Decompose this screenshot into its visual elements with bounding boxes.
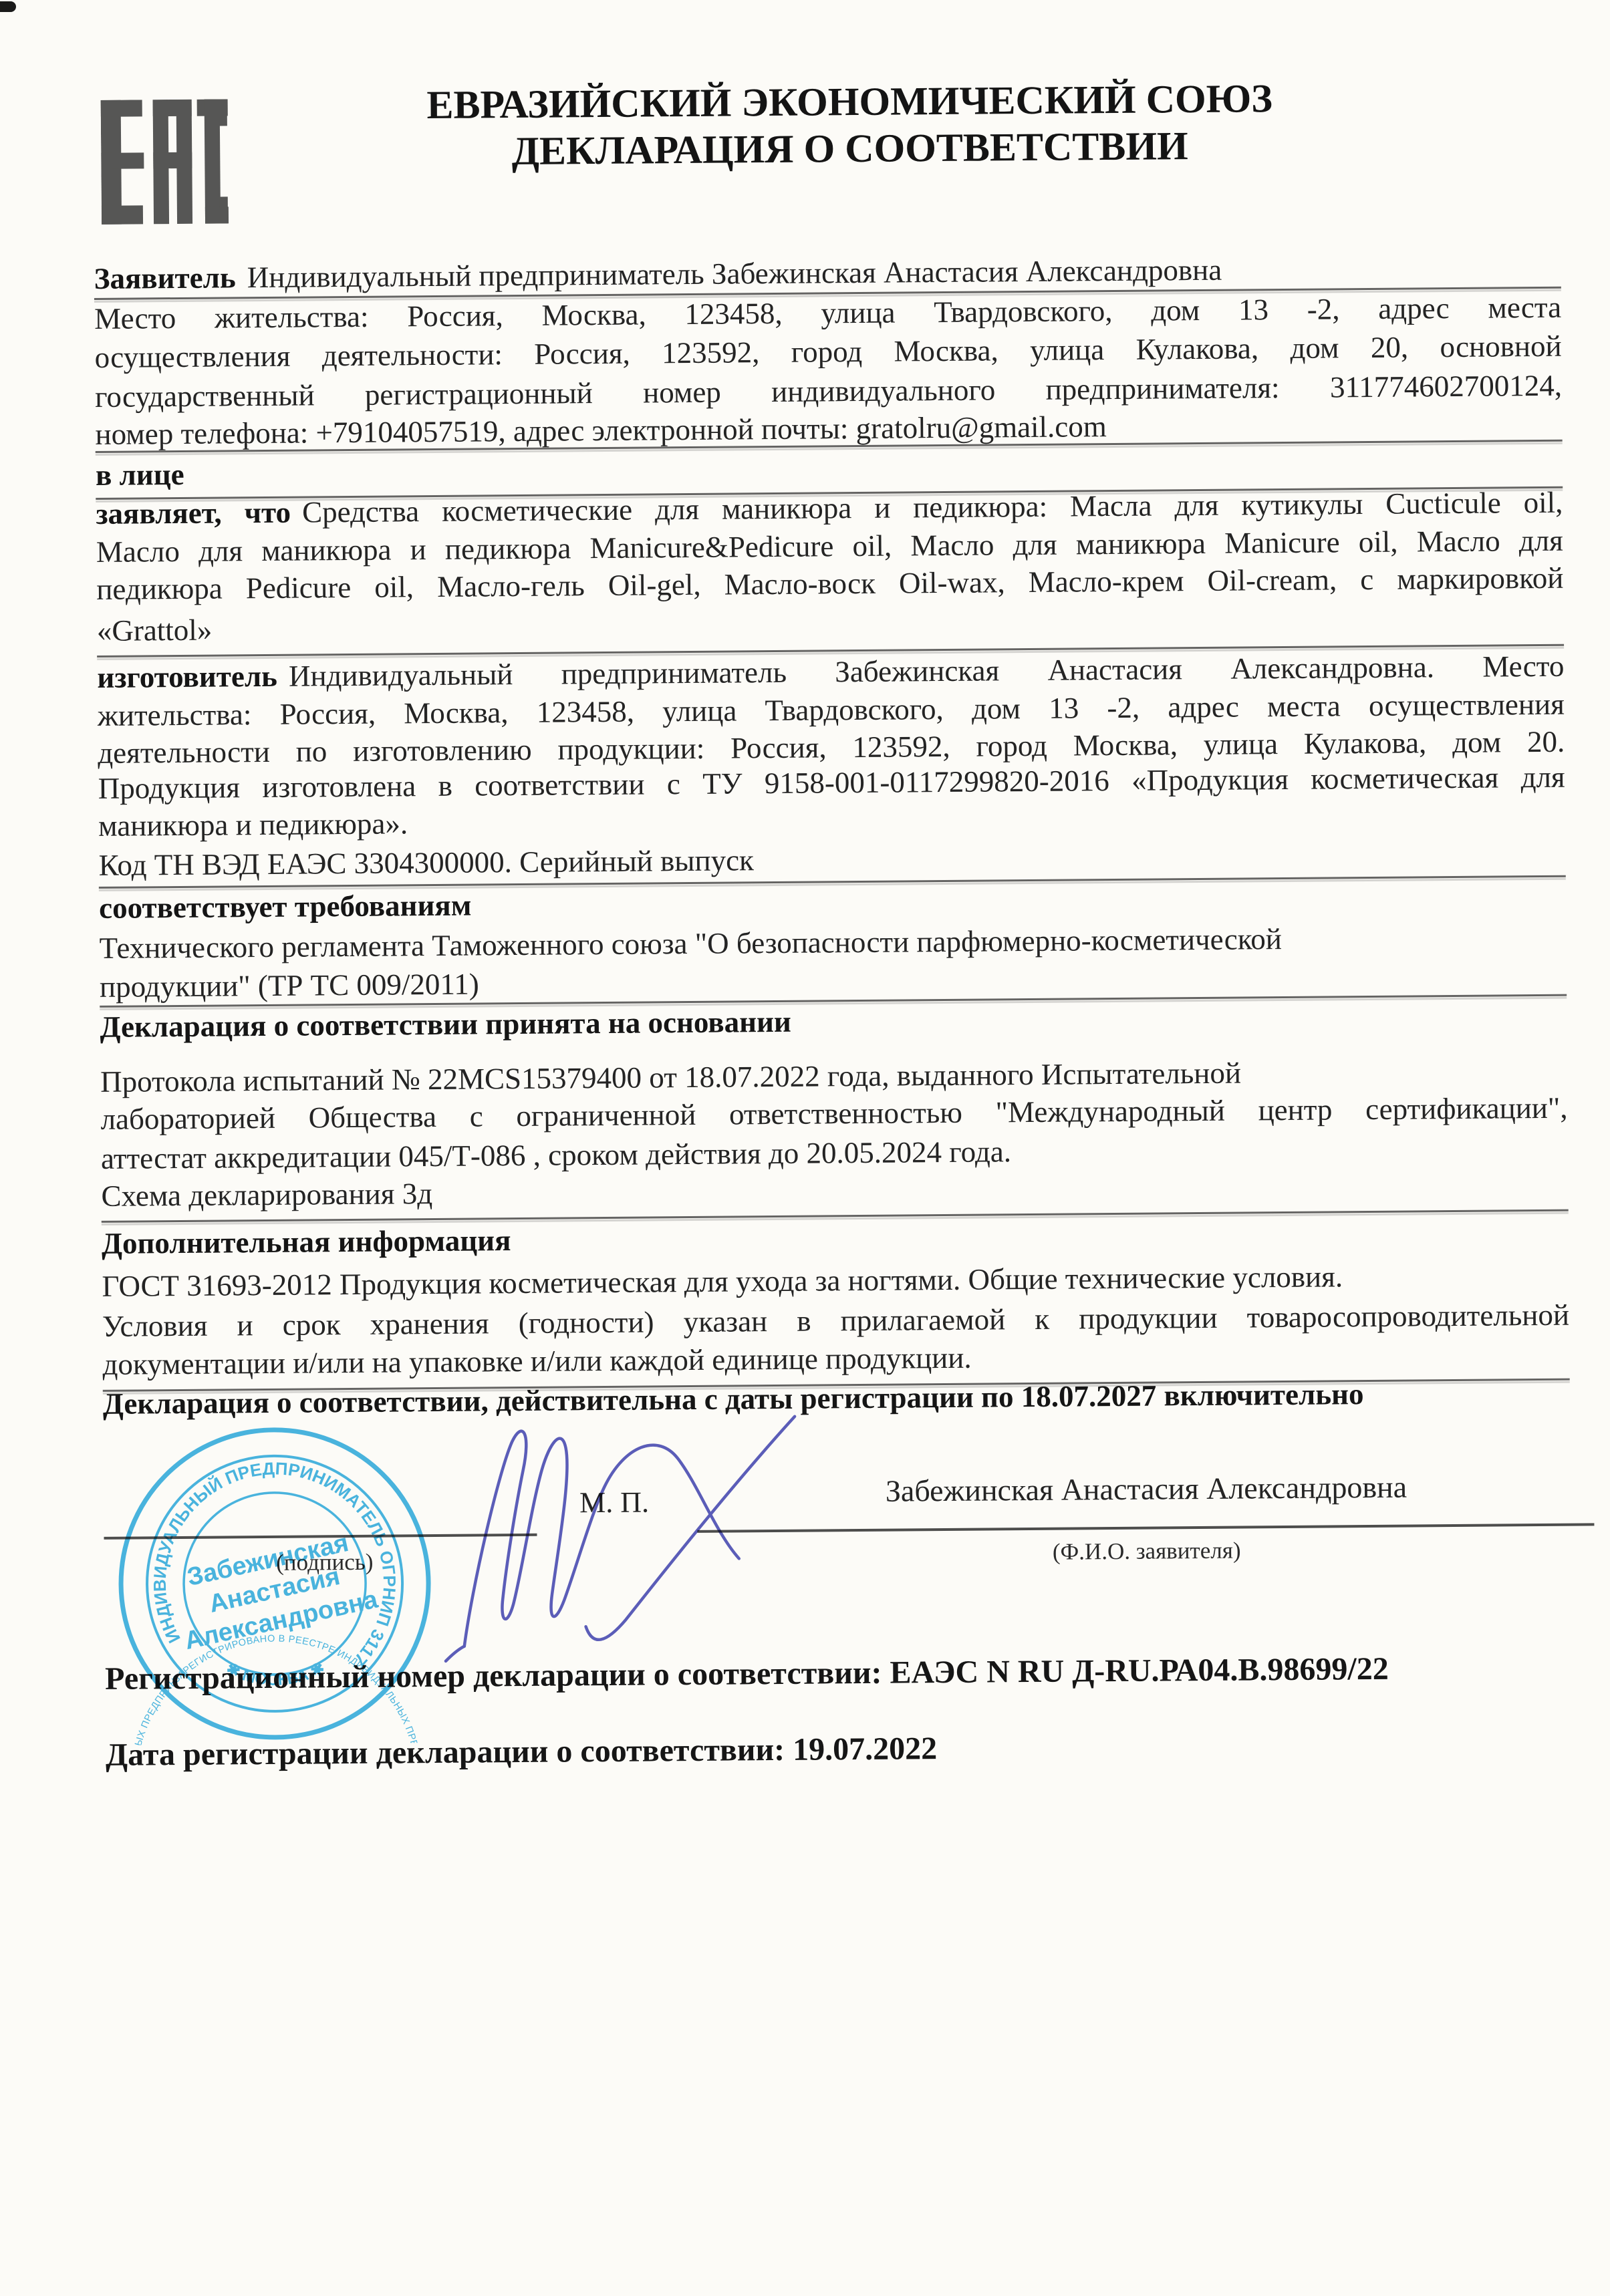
field-value: ГОСТ 31693-2012 Продукция косметическая … bbox=[102, 1260, 1343, 1303]
field-label: изготовитель bbox=[97, 660, 277, 694]
scanned-declaration-page: ЕВРАЗИЙСКИЙ ЭКОНОМИЧЕСКИЙ СОЮЗ ДЕКЛАРАЦИ… bbox=[0, 0, 1610, 2296]
field-value: педикюра Pedicure oil, Масло-гель Oil-ge… bbox=[96, 561, 1563, 606]
field-value: Схема декларирования 3д bbox=[101, 1177, 432, 1213]
field-value: Индивидуальный предприниматель Забежинск… bbox=[247, 253, 1222, 294]
doc-line: «Grattol» bbox=[97, 600, 1564, 650]
field-label: в лице bbox=[96, 458, 184, 492]
field-value: документации и/или на упаковке и/или каж… bbox=[102, 1341, 972, 1381]
applicant-fio: Забежинская Анастасия Александровна bbox=[698, 1466, 1594, 1512]
field-value: Технического регламента Таможенного союз… bbox=[99, 922, 1282, 965]
field-label: Дополнительная информация bbox=[102, 1224, 511, 1260]
document-content: ЕВРАЗИЙСКИЙ ЭКОНОМИЧЕСКИЙ СОЮЗ ДЕКЛАРАЦИ… bbox=[0, 0, 1610, 2296]
field-label: Заявитель bbox=[94, 261, 236, 295]
field-value: «Grattol» bbox=[97, 613, 213, 648]
stamp-city-text: ✱ МОСКВА ✱ bbox=[223, 1659, 328, 1690]
field-value: маникюра и педикюра». bbox=[98, 807, 408, 843]
field-value: продукции" (ТР ТС 009/2011) bbox=[100, 967, 479, 1003]
field-value: аттестат аккредитации 045/Т-086 , сроком… bbox=[101, 1135, 1011, 1175]
signature-ink bbox=[350, 1397, 833, 1682]
field-label: Декларация о соответствии принята на осн… bbox=[100, 1005, 791, 1044]
fio-caption: (Ф.И.О. заявителя) bbox=[699, 1528, 1595, 1574]
field-label: соответствует требованиям bbox=[99, 889, 472, 925]
field-value: Код ТН ВЭД ЕАЭС 3304300000. Серийный вып… bbox=[98, 843, 754, 882]
field-label: заявляет, что bbox=[96, 496, 291, 531]
